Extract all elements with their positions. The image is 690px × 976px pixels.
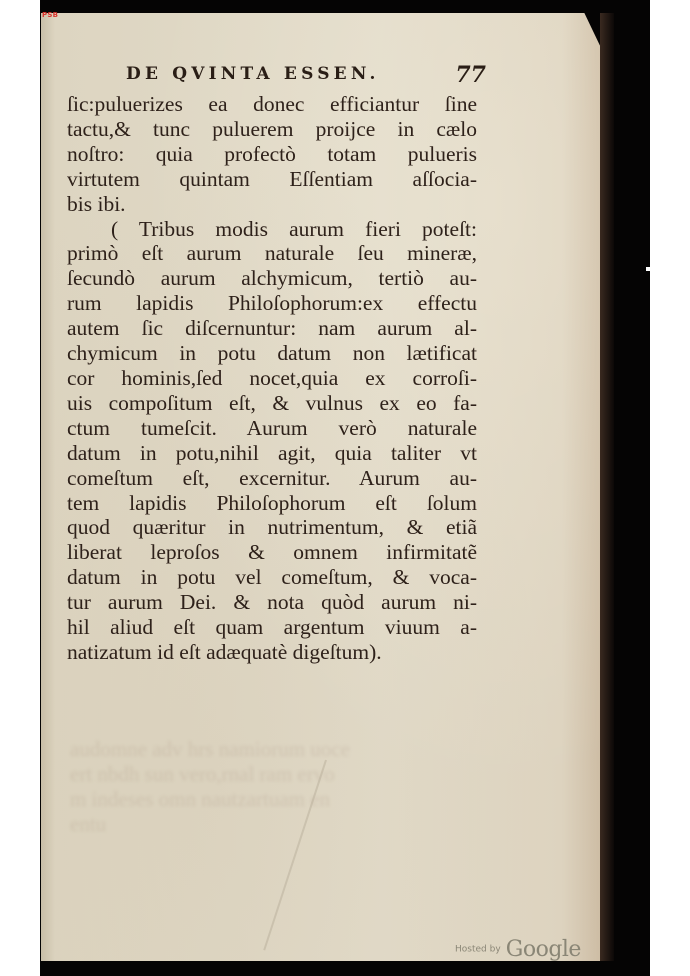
text-line: ſic:puluerizes ea donec efficiantur ſine [67, 92, 477, 117]
text-line: quod quæritur in nutrimentum, & etiã [67, 515, 477, 540]
show-through-text: audomne adv hrs namiorum uoce ert nbdh s… [70, 737, 470, 837]
scan-corner-mark: PSB [42, 11, 58, 19]
watermark-brand: Google [506, 937, 581, 962]
text-line: datum in potu,nihil agit, quia taliter v… [67, 441, 477, 466]
text-line: noſtro: quia profectò totam pulueris [67, 142, 477, 167]
page-body-text: ſic:puluerizes ea donec efficiantur ſine… [67, 92, 477, 665]
text-line: liberat leproſos & omnem infirmitatẽ [67, 540, 477, 565]
text-line: autem ſic diſcernuntur: nam aurum al- [67, 316, 477, 341]
text-line: tur aurum Dei. & nota quòd aurum ni- [67, 590, 477, 615]
show-through-line: entu [70, 812, 470, 837]
text-line: hil aliud eſt quam argentum viuum a- [67, 615, 477, 640]
google-watermark: Hosted by Google [455, 937, 581, 962]
page-header: DE QVINTA ESSEN. 77 [126, 64, 486, 90]
show-through-line: audomne adv hrs namiorum uoce [70, 737, 470, 762]
watermark-prefix: Hosted by [455, 945, 501, 955]
text-line: comeſtum eſt, excernitur. Aurum au- [67, 466, 477, 491]
page-edge-shadow [600, 13, 614, 961]
text-line: uis compoſitum eſt, & vulnus ex eo fa- [67, 391, 477, 416]
text-line: ctum tumeſcit. Aurum verò naturale [67, 416, 477, 441]
show-through-line: ert nbdh sun vero,rnal ram ervo [70, 762, 470, 787]
text-line: datum in potu vel comeſtum, & voca- [67, 565, 477, 590]
text-line: tactu,& tunc puluerem proijce in cælo [67, 117, 477, 142]
text-line: tem lapidis Philoſophorum eſt ſolum [67, 491, 477, 516]
text-line: natizatum id eſt adæquatè digeſtum). [67, 640, 477, 665]
page-number: 77 [455, 62, 486, 88]
paragraph-start-line: ( Tribus modis aurum fieri poteſt: [67, 217, 477, 242]
text-line: cor hominis,ſed nocet,quia ex corroſi- [67, 366, 477, 391]
scan-speck [646, 267, 650, 271]
text-line: chymicum in potu datum non lætificat [67, 341, 477, 366]
show-through-line: m indeses omn nautzartuam en [70, 787, 470, 812]
text-line: bis ibi. [67, 192, 477, 217]
text-line: primò eſt aurum naturale ſeu mineræ, [67, 241, 477, 266]
running-title: DE QVINTA ESSEN. [126, 64, 380, 84]
text-line: rum lapidis Philoſophorum:ex effectu [67, 291, 477, 316]
text-line: ſecundò aurum alchymicum, tertiò au- [67, 266, 477, 291]
text-line: virtutem quintam Eſſentiam aſſocia- [67, 167, 477, 192]
